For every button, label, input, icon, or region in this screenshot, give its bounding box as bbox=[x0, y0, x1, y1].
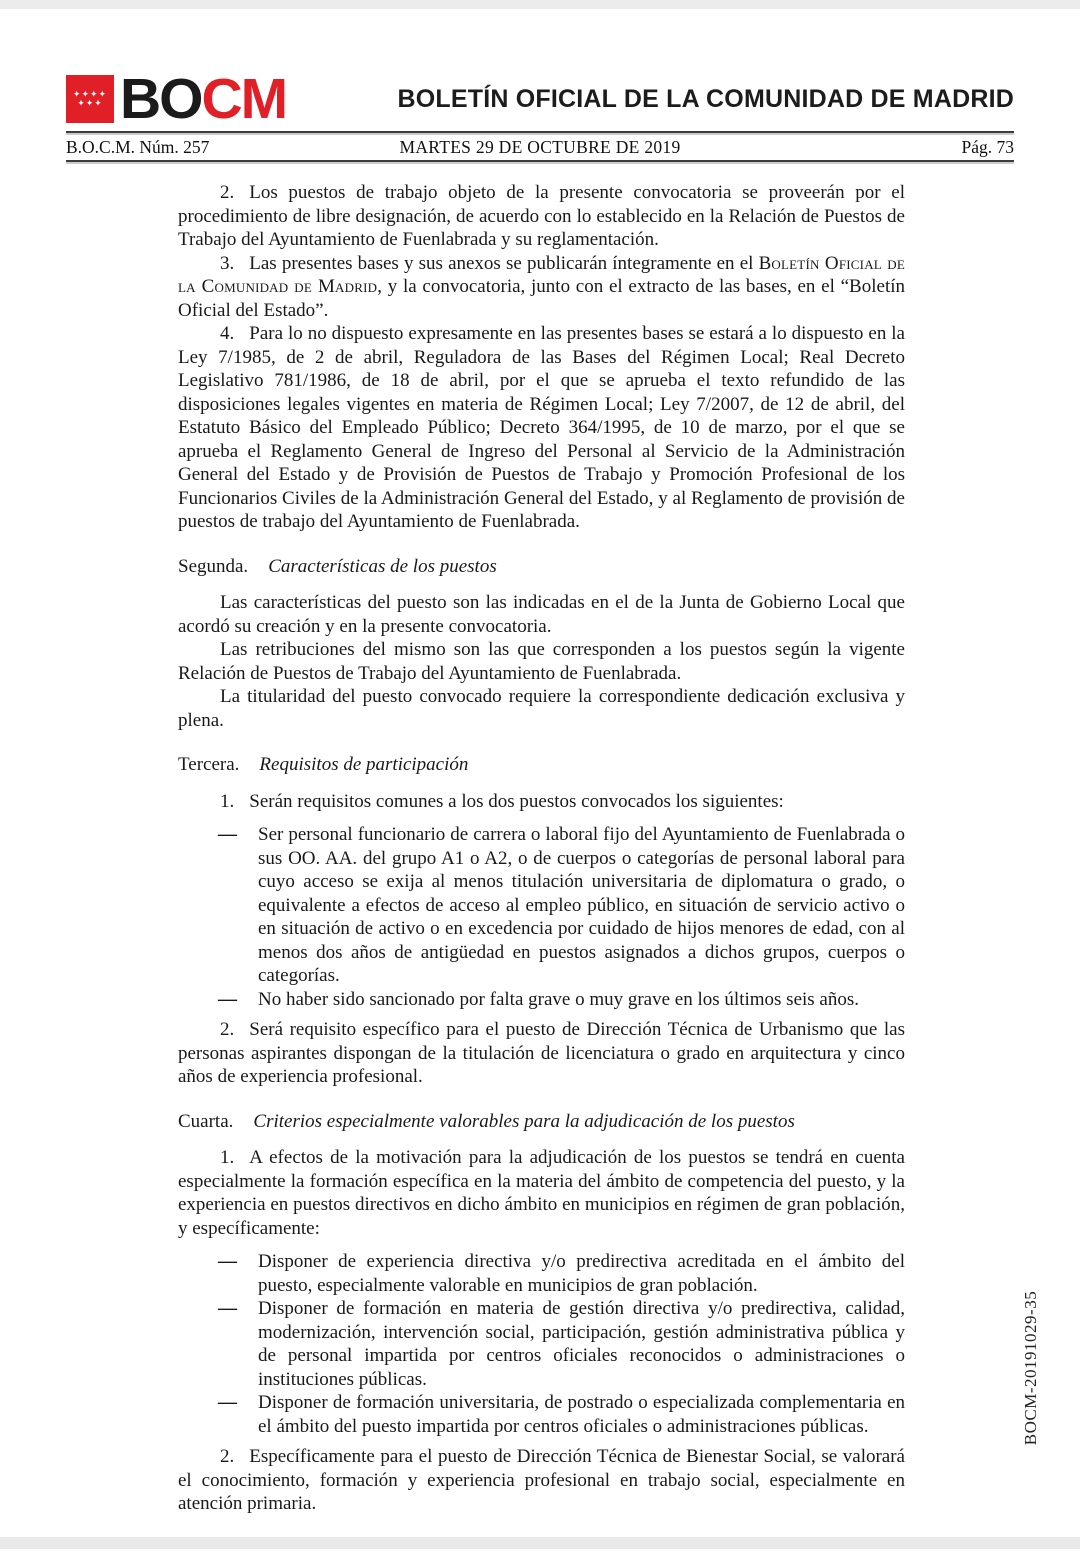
section-heading-cuarta: Cuarta.Criterios especialmente valorable… bbox=[178, 1110, 905, 1134]
madrid-flag-icon: ✦✦✦✦ ✦✦✦ bbox=[66, 75, 114, 123]
header-meta-row: B.O.C.M. Núm. 257 MARTES 29 DE OCTUBRE D… bbox=[66, 137, 1014, 158]
dash-bullet: — bbox=[218, 1297, 258, 1391]
paragraph-text: Las características del puesto son las i… bbox=[178, 592, 905, 637]
section-heading-segunda: Segunda.Características de los puestos bbox=[178, 555, 905, 579]
dash-bullet: — bbox=[218, 823, 258, 988]
paragraph-text: La titularidad del puesto convocado requ… bbox=[178, 686, 905, 731]
list-item: — Ser personal funcionario de carrera o … bbox=[218, 823, 905, 988]
dash-bullet: — bbox=[218, 1391, 258, 1438]
section-label: Tercera. bbox=[178, 754, 239, 775]
paragraph-4: 4.Para lo no dispuesto expresamente en l… bbox=[178, 322, 905, 534]
list-item: — No haber sido sancionado por falta gra… bbox=[218, 988, 905, 1012]
flag-stars-row2: ✦✦✦ bbox=[77, 100, 103, 108]
paragraph-number: 4. bbox=[220, 323, 234, 344]
header: ✦✦✦✦ ✦✦✦ BOCM BOLETÍN OFICIAL DE LA COMU… bbox=[66, 75, 1014, 123]
header-rule-bottom bbox=[66, 160, 1014, 162]
section-label: Cuarta. bbox=[178, 1111, 233, 1132]
list-item: — Disponer de experiencia directiva y/o … bbox=[218, 1250, 905, 1297]
segunda-paragraph-3: La titularidad del puesto convocado requ… bbox=[178, 685, 905, 732]
list-item-text: Disponer de formación universitaria, de … bbox=[258, 1391, 905, 1438]
tercera-dash-list: — Ser personal funcionario de carrera o … bbox=[178, 823, 905, 1011]
paragraph-number: 2. bbox=[220, 1019, 234, 1040]
list-item-text: Ser personal funcionario de carrera o la… bbox=[258, 823, 905, 988]
section-label: Segunda. bbox=[178, 556, 248, 577]
paragraph-text: Las retribuciones del mismo son las que … bbox=[178, 639, 905, 684]
section-title: Criterios especialmente valorables para … bbox=[253, 1111, 794, 1132]
paragraph-text: Específicamente para el puesto de Direcc… bbox=[178, 1446, 905, 1514]
header-rule-top bbox=[66, 131, 1014, 133]
logotype-red-part: CM bbox=[202, 67, 287, 131]
issue-number: B.O.C.M. Núm. 257 bbox=[66, 137, 345, 158]
paragraph-text: Para lo no dispuesto expresamente en las… bbox=[178, 323, 905, 532]
cuarta-paragraph-2: 2.Específicamente para el puesto de Dire… bbox=[178, 1445, 905, 1516]
bulletin-title: BOLETÍN OFICIAL DE LA COMUNIDAD DE MADRI… bbox=[397, 85, 1014, 114]
paragraph-text-pre: Las presentes bases y sus anexos se publ… bbox=[249, 253, 758, 274]
list-item-text: Disponer de formación en materia de gest… bbox=[258, 1297, 905, 1391]
dash-bullet: — bbox=[218, 988, 258, 1012]
page-number: Pág. 73 bbox=[735, 137, 1014, 158]
bocm-logotype: BOCM bbox=[120, 75, 286, 123]
logotype-black-part: BO bbox=[120, 67, 202, 131]
paragraph-number: 3. bbox=[220, 253, 234, 274]
segunda-paragraph-1: Las características del puesto son las i… bbox=[178, 591, 905, 638]
paragraph-text: A efectos de la motivación para la adjud… bbox=[178, 1147, 905, 1239]
document-body: 2.Los puestos de trabajo objeto de la pr… bbox=[178, 181, 905, 1516]
section-heading-tercera: Tercera.Requisitos de participación bbox=[178, 753, 905, 777]
flag-stars-row1: ✦✦✦✦ bbox=[73, 91, 107, 99]
section-title: Características de los puestos bbox=[268, 556, 497, 577]
paragraph-number: 2. bbox=[220, 1446, 234, 1467]
page-edge-top bbox=[0, 0, 1080, 9]
tercera-paragraph-1: 1.Serán requisitos comunes a los dos pue… bbox=[178, 790, 905, 814]
vertical-document-code: BOCM-20191029-35 bbox=[1021, 1291, 1041, 1445]
bocm-document-page: ✦✦✦✦ ✦✦✦ BOCM BOLETÍN OFICIAL DE LA COMU… bbox=[0, 0, 1080, 1556]
paragraph-text: Será requisito específico para el puesto… bbox=[178, 1019, 905, 1087]
cuarta-paragraph-1: 1.A efectos de la motivación para la adj… bbox=[178, 1146, 905, 1240]
list-item-text: Disponer de experiencia directiva y/o pr… bbox=[258, 1250, 905, 1297]
paragraph-number: 1. bbox=[220, 791, 234, 812]
segunda-paragraph-2: Las retribuciones del mismo son las que … bbox=[178, 638, 905, 685]
cuarta-dash-list: — Disponer de experiencia directiva y/o … bbox=[178, 1250, 905, 1438]
paragraph-text: Serán requisitos comunes a los dos puest… bbox=[249, 791, 784, 812]
paragraph-number: 1. bbox=[220, 1147, 234, 1168]
paragraph-number: 2. bbox=[220, 182, 234, 203]
publication-date: MARTES 29 DE OCTUBRE DE 2019 bbox=[345, 137, 735, 158]
tercera-paragraph-2: 2.Será requisito específico para el pues… bbox=[178, 1018, 905, 1089]
dash-bullet: — bbox=[218, 1250, 258, 1297]
page-edge-bottom bbox=[0, 1537, 1080, 1549]
list-item: — Disponer de formación en materia de ge… bbox=[218, 1297, 905, 1391]
bocm-logo: ✦✦✦✦ ✦✦✦ BOCM bbox=[66, 75, 286, 123]
paragraph-2: 2.Los puestos de trabajo objeto de la pr… bbox=[178, 181, 905, 252]
paragraph-text: Los puestos de trabajo objeto de la pres… bbox=[178, 182, 905, 250]
paragraph-3: 3.Las presentes bases y sus anexos se pu… bbox=[178, 252, 905, 323]
list-item-text: No haber sido sancionado por falta grave… bbox=[258, 988, 905, 1012]
section-title: Requisitos de participación bbox=[259, 754, 468, 775]
list-item: — Disponer de formación universitaria, d… bbox=[218, 1391, 905, 1438]
